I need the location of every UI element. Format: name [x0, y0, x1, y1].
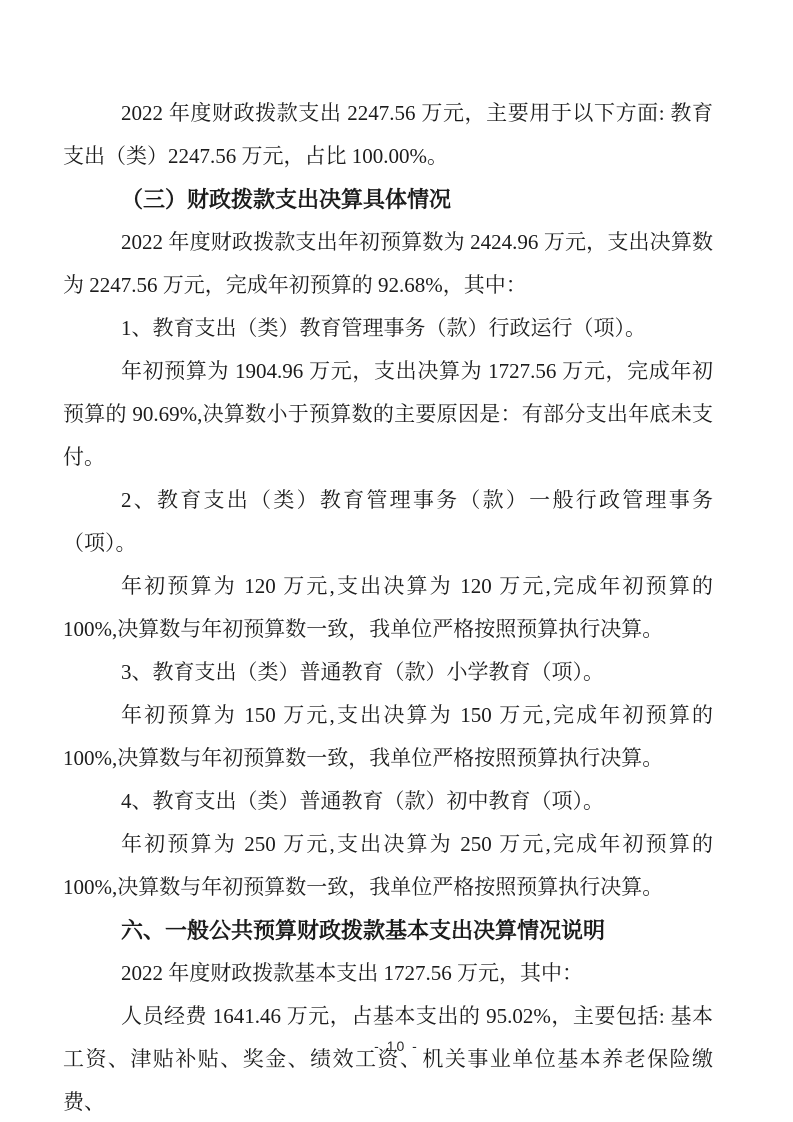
- document-page: 2022 年度财政拨款支出 2247.56 万元，主要用于以下方面: 教育支出（…: [0, 0, 793, 1122]
- page-number: - 10 -: [0, 1038, 793, 1054]
- para-personnel-funds: 人员经费 1641.46 万元，占基本支出的 95.02%，主要包括: 基本工资…: [63, 995, 713, 1122]
- para-item-1-detail: 年初预算为 1904.96 万元，支出决算为 1727.56 万元，完成年初预算…: [63, 350, 713, 479]
- para-item-3-detail: 年初预算为 150 万元,支出决算为 150 万元,完成年初预算的 100%,决…: [63, 694, 713, 780]
- para-expenditure-overview: 2022 年度财政拨款支出 2247.56 万元，主要用于以下方面: 教育支出（…: [63, 92, 713, 178]
- para-item-1-title: 1、教育支出（类）教育管理事务（款）行政运行（项）。: [63, 307, 713, 350]
- heading-section-6-basic-expenditure: 六、一般公共预算财政拨款基本支出决算情况说明: [63, 909, 713, 952]
- para-basic-expenditure-total: 2022 年度财政拨款基本支出 1727.56 万元，其中：: [63, 952, 713, 995]
- para-item-4-title: 4、教育支出（类）普通教育（款）初中教育（项）。: [63, 780, 713, 823]
- para-item-3-title: 3、教育支出（类）普通教育（款）小学教育（项）。: [63, 651, 713, 694]
- para-item-4-detail: 年初预算为 250 万元,支出决算为 250 万元,完成年初预算的 100%,决…: [63, 823, 713, 909]
- heading-section-3-fiscal-expenditure-details: （三）财政拨款支出决算具体情况: [63, 178, 713, 221]
- para-item-2-detail: 年初预算为 120 万元,支出决算为 120 万元,完成年初预算的 100%,决…: [63, 565, 713, 651]
- para-budget-vs-final-accounts: 2022 年度财政拨款支出年初预算数为 2424.96 万元，支出决算数为 22…: [63, 221, 713, 307]
- para-item-2-title: 2、教育支出（类）教育管理事务（款）一般行政管理事务（项）。: [63, 479, 713, 565]
- document-body: 2022 年度财政拨款支出 2247.56 万元，主要用于以下方面: 教育支出（…: [63, 92, 713, 1122]
